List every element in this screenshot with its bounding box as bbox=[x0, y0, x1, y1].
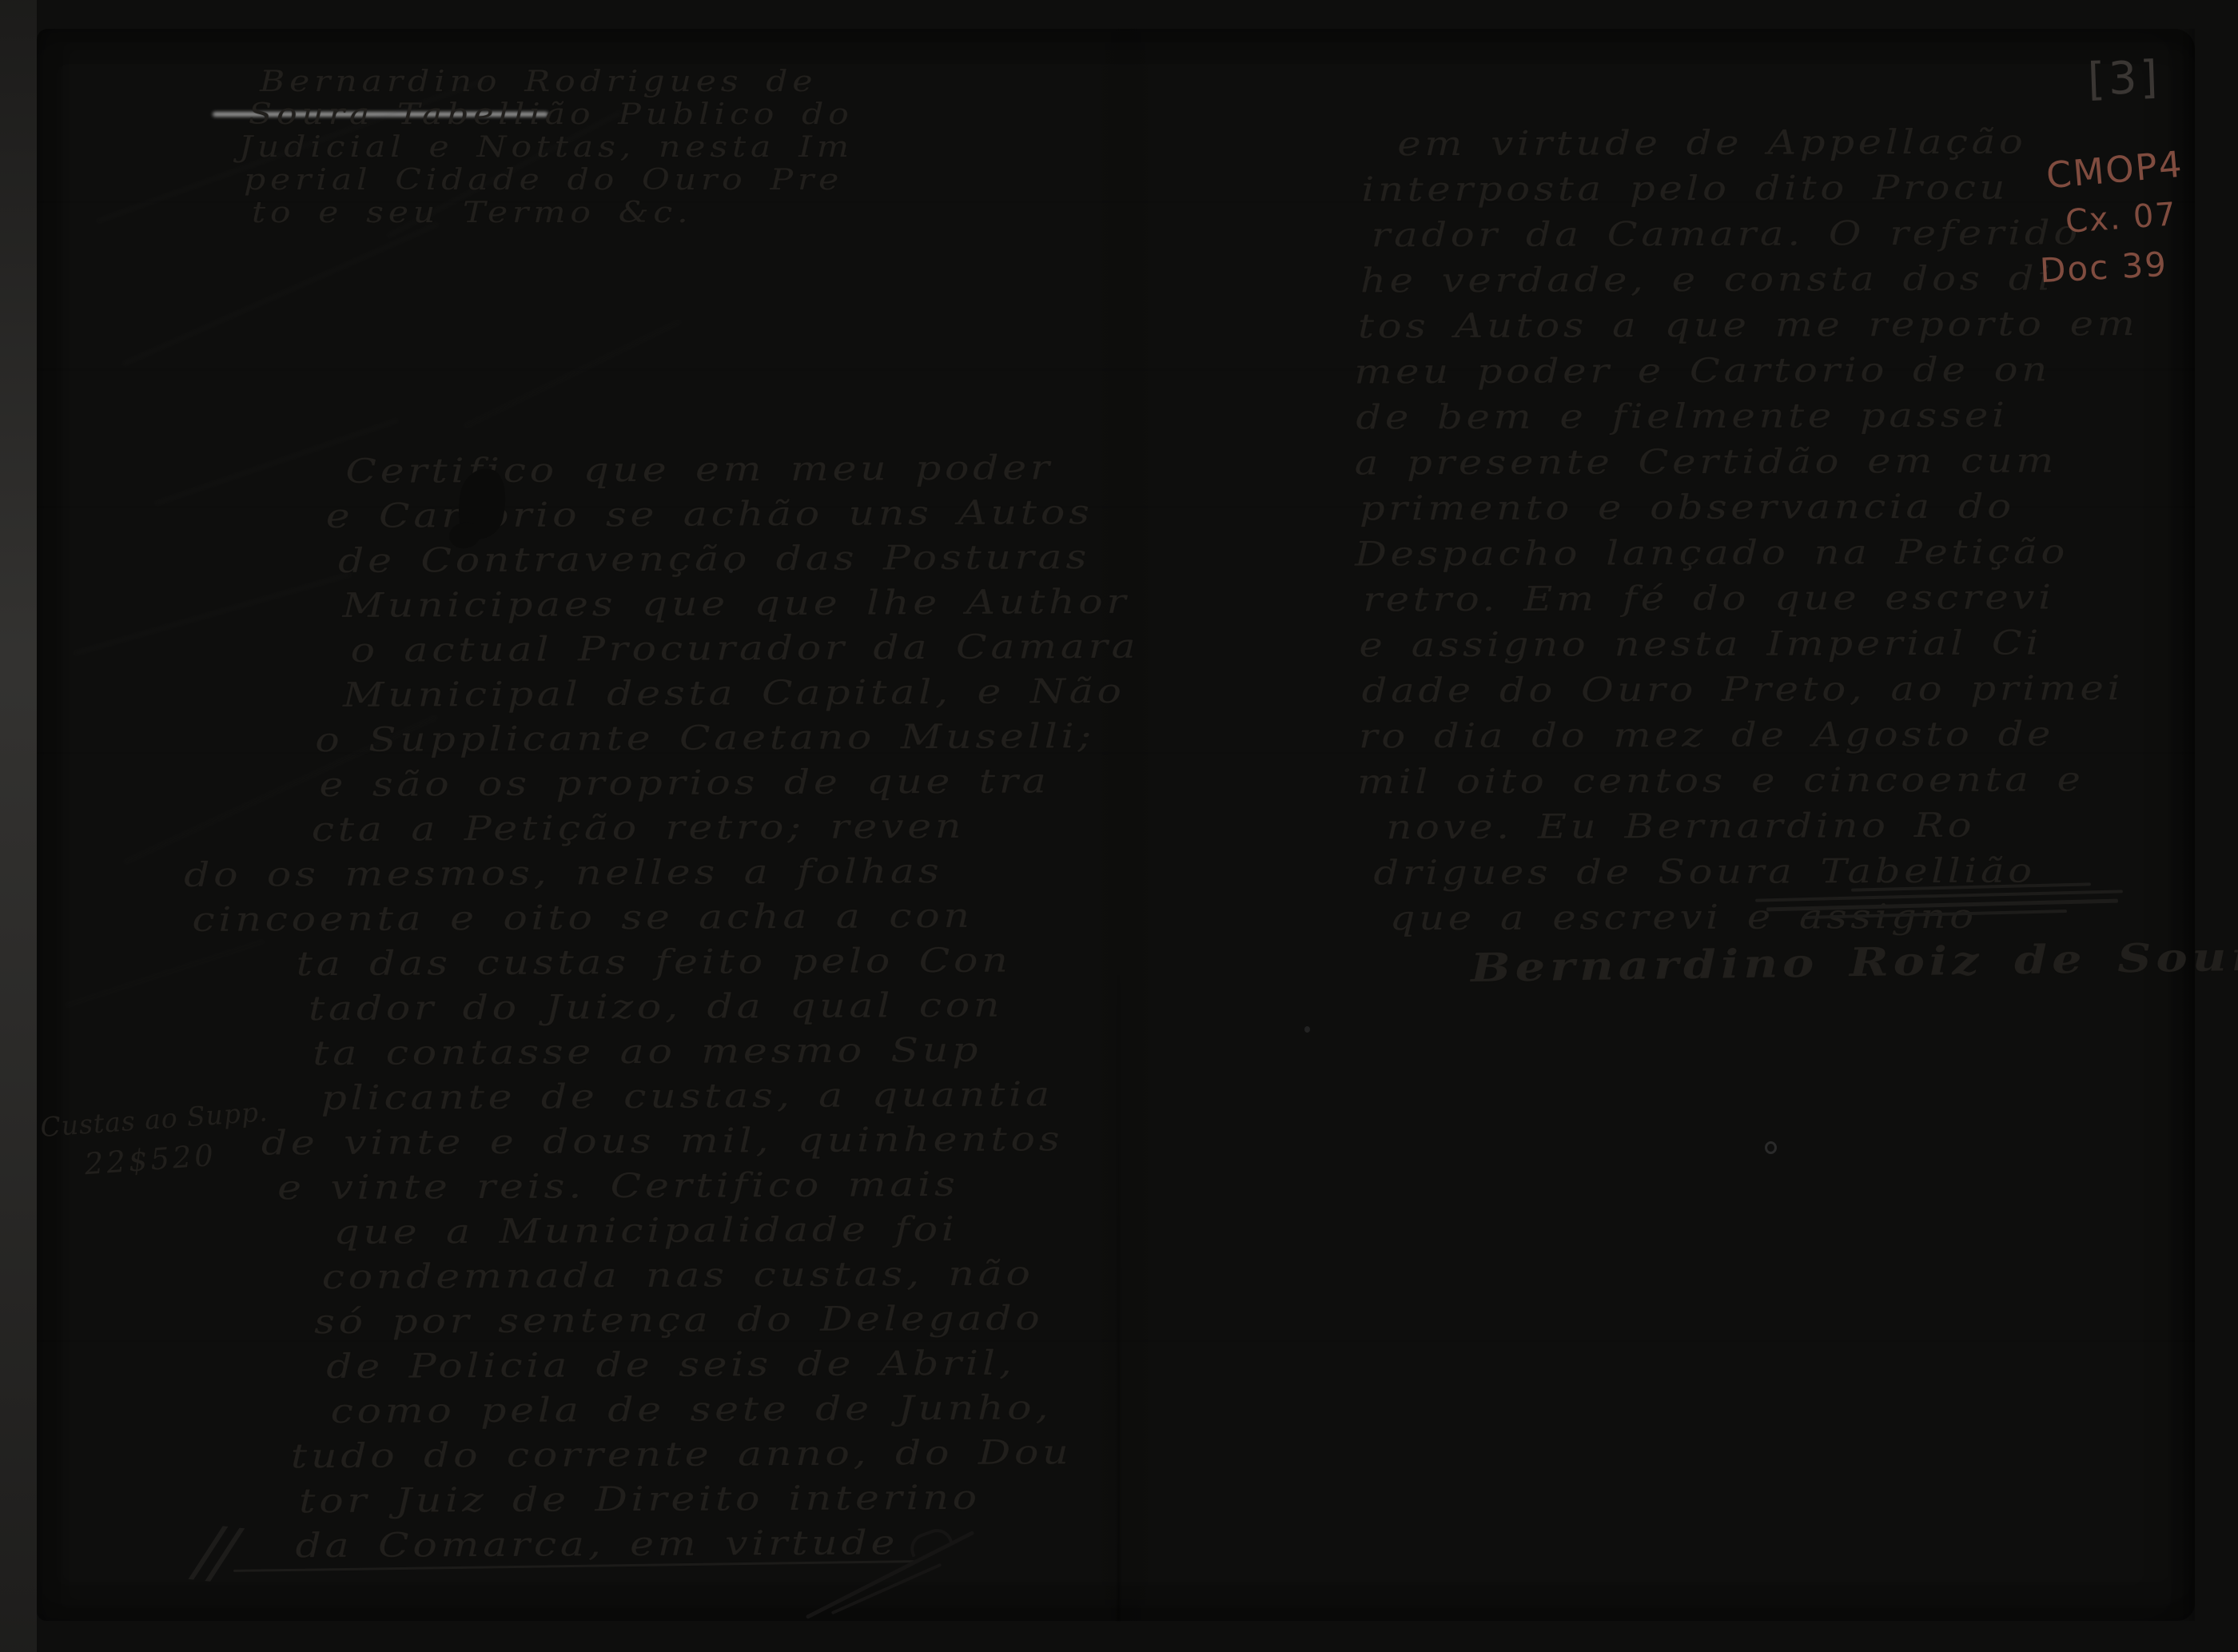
manuscript-line: em virtude de Appellação bbox=[1397, 118, 2131, 166]
manuscript-line: de Contravenção das Posturas bbox=[338, 534, 1278, 583]
manuscript-line: dade do Ouro Preto, ao primei bbox=[1362, 665, 2140, 713]
doc-code-mark: Doc 39 bbox=[2039, 245, 2168, 290]
manuscript-line: interposta pelo dito Procu bbox=[1361, 164, 2137, 212]
manuscript-line: mil oito centos e cincoenta e bbox=[1357, 756, 2140, 804]
manuscript-line: nove. Eu Bernardino Ro bbox=[1386, 802, 2136, 850]
manuscript-line: Municipaes que que lhe Author bbox=[342, 579, 1277, 628]
bleedthrough-stroke bbox=[464, 320, 680, 428]
manuscript-line: tor Juiz de Direito interino bbox=[299, 1474, 1292, 1524]
manuscript-line: a presente Certidão em cum bbox=[1355, 437, 2140, 485]
manuscript-line: só por sentença do Delegado bbox=[314, 1295, 1288, 1344]
manuscript-line: de bem e fielmente passei bbox=[1356, 392, 2139, 440]
manuscript-line: Soura Tabellião Publico do bbox=[249, 98, 854, 131]
notary-heading: Bernardino Rodrigues de Soura Tabellião … bbox=[260, 66, 761, 229]
paper: Bernardino Rodrigues de Soura Tabellião … bbox=[37, 29, 2195, 1621]
manuscript-line: to e seu Termo &c. bbox=[252, 197, 853, 229]
manuscript-line: perial Cidade do Ouro Pre bbox=[244, 164, 854, 197]
manuscript-line: e são os proprios de que tra bbox=[319, 758, 1283, 807]
manuscript-line: tador do Juizo, da qual con bbox=[309, 981, 1287, 1031]
manuscript-line: condemnada nas custas, não bbox=[322, 1250, 1286, 1300]
manuscript-line: meu poder e Cartorio de on bbox=[1354, 346, 2140, 394]
flourish-stroke bbox=[1803, 910, 2067, 919]
manuscript-line: e vinte reis. Certifico mais bbox=[277, 1160, 1294, 1211]
manuscript-line: tudo do corrente anno, do Dou bbox=[291, 1429, 1293, 1479]
manuscript-line: de vinte e dous mil, quinhentos bbox=[261, 1116, 1297, 1166]
manuscript-line: como pela de sete de Junho, bbox=[330, 1384, 1284, 1434]
manuscript-line: retro. Em fé do que escrevi bbox=[1363, 574, 2139, 622]
page-number-mark: [3] bbox=[2087, 51, 2162, 105]
left-page-body: Certifico que em meu poder e Cartorio se… bbox=[145, 445, 1126, 1569]
paper-right-edge bbox=[2179, 29, 2195, 1621]
scribble-flourish bbox=[1755, 886, 2123, 922]
margin-cost-note: Custas ao Supp. 22$520 bbox=[39, 1092, 273, 1188]
manuscript-line: ta das custas feito pelo Con bbox=[297, 937, 1289, 987]
manuscript-line: Municipal desta Capital, e Não bbox=[343, 668, 1278, 718]
manuscript-line: e assigno nesta Imperial Ci bbox=[1359, 619, 2140, 667]
manuscript-line: cta a Petição retro; reven bbox=[312, 802, 1285, 852]
manuscript-line: ro dia do mez de Agosto de bbox=[1359, 711, 2140, 758]
manuscript-line: rador da Camara. O referido bbox=[1372, 209, 2136, 257]
ink-speck bbox=[729, 569, 733, 573]
manuscript-line: Bernardino Rodrigues de bbox=[260, 66, 851, 98]
bleedthrough-stroke bbox=[123, 223, 438, 366]
manuscript-line: ta contasse ao mesmo Sup bbox=[313, 1026, 1286, 1076]
manuscript-line: o Supplicante Caetano Muselli; bbox=[315, 713, 1284, 762]
manuscript-line: Judicial e Nottas, nesta Im bbox=[239, 131, 855, 164]
box-code-mark: Cx. 07 bbox=[2065, 196, 2179, 241]
manuscript-line: cincoenta e oito se acha a con bbox=[192, 892, 1309, 942]
manuscript-line: plicante de custas, a quantia bbox=[321, 1071, 1284, 1121]
scanned-manuscript-spread: Bernardino Rodrigues de Soura Tabellião … bbox=[0, 0, 2238, 1652]
manuscript-line: primento e observancia do bbox=[1360, 483, 2139, 531]
manuscript-line: Despacho lançado na Petição bbox=[1355, 528, 2140, 576]
notary-signature: Bernardino Roiz de Soura bbox=[1470, 933, 2238, 991]
scanner-bed-left-strip bbox=[0, 0, 37, 1652]
paraph-flourish bbox=[788, 1525, 996, 1637]
manuscript-line: o actual Procurador da Camara bbox=[351, 623, 1276, 673]
ink-speck bbox=[1765, 1141, 1777, 1154]
manuscript-line: he verdade, e consta dos di bbox=[1360, 255, 2138, 303]
manuscript-line: que a Municipalidade foi bbox=[333, 1205, 1283, 1255]
right-page-body: em virtude de Appellação interposta pelo… bbox=[1353, 119, 2021, 941]
manuscript-line: do os mesmos, nelles a folhas bbox=[184, 847, 1311, 898]
ink-speck bbox=[1304, 1026, 1310, 1033]
closing-slash-mark: // bbox=[193, 1511, 234, 1594]
flourish-stroke bbox=[831, 1563, 942, 1615]
manuscript-line: de Policia de seis de Abril, bbox=[326, 1340, 1285, 1389]
manuscript-line: tos Autos a que me reporto em bbox=[1358, 301, 2139, 348]
